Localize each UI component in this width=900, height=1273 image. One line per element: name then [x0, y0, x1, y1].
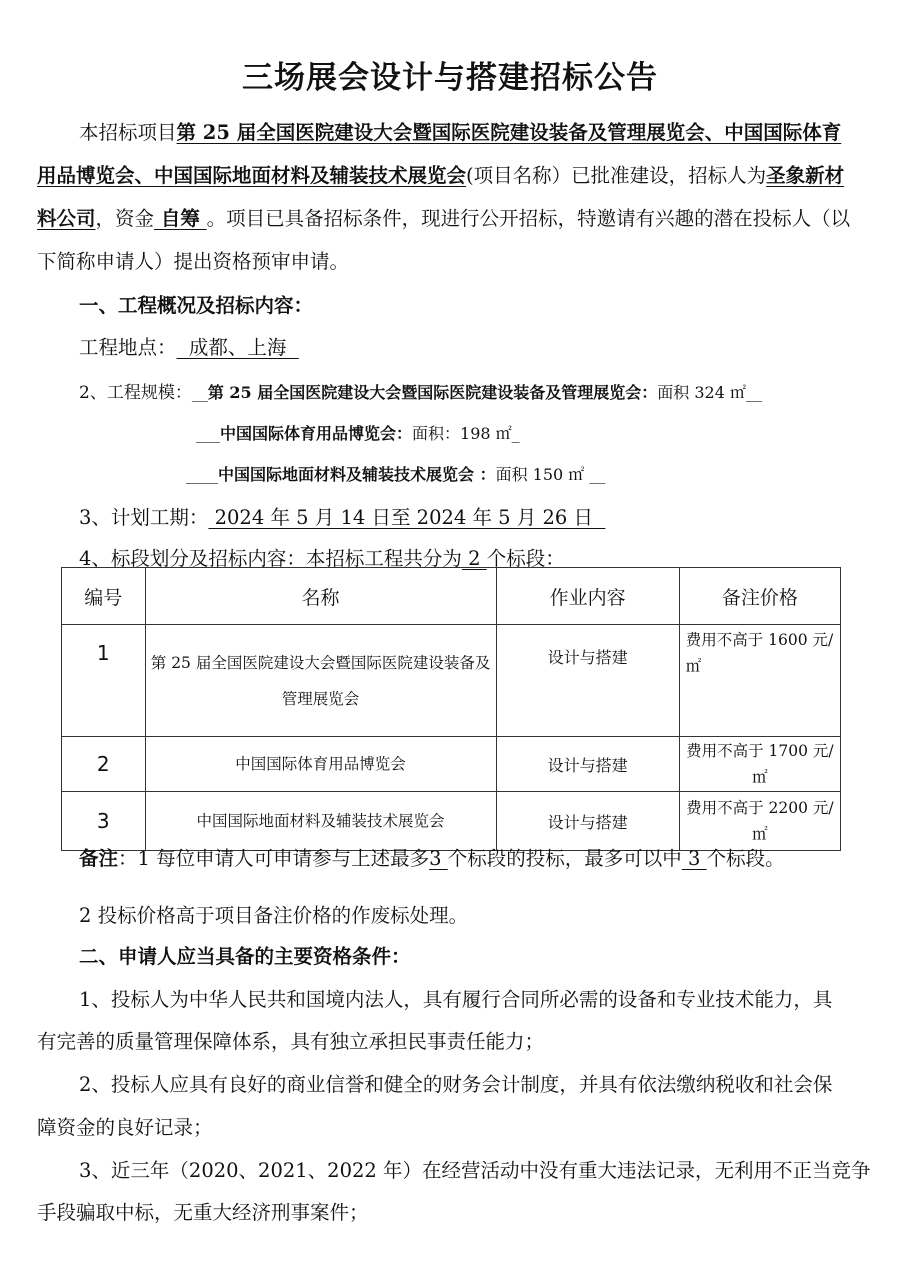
scale-row-2: ___中国国际体育用品博览会：面积：198 ㎡_	[196, 421, 520, 444]
project-name: 第 25 届全国医院建设大会暨国际医院建设装备及管理展览会、中国国际体育	[177, 121, 842, 144]
project-name-cont: 用品博览会、中国国际地面材料及辅装技术展览会	[37, 164, 466, 187]
period-value: 2024 年 5 月 14 日至 2024 年 5 月 26 日	[208, 506, 605, 529]
note-2: 2 投标价格高于项目备注价格的作废标处理。	[79, 900, 468, 928]
header-price: 备注价格	[679, 568, 840, 625]
section2-heading: 二、申请人应当具备的主要资格条件：	[79, 941, 411, 969]
intro-line-4: 下简称申请人）提出资格预审申请。	[37, 246, 349, 274]
header-no: 编号	[62, 568, 146, 625]
qualification-3-line2: 手段骗取中标，无重大经济刑事案件；	[37, 1197, 369, 1225]
intro-line-1: 本招标项目第 25 届全国医院建设大会暨国际医院建设装备及管理展览会、中国国际体…	[79, 117, 841, 145]
qualification-2-line1: 2、投标人应具有良好的商业信誉和健全的财务会计制度，并具有依法缴纳税收和社会保	[79, 1069, 832, 1097]
funds-source: 自筹	[154, 207, 207, 230]
qualification-2-line2: 障资金的良好记录；	[37, 1112, 213, 1140]
intro-line-3: 料公司，资金 自筹 。项目已具备招标条件，现进行公开招标，特邀请有兴趣的潜在投标…	[37, 203, 850, 231]
qualification-3-line1: 3、近三年（2020、2021、2022 年）在经营活动中没有重大违法记录，无利…	[79, 1155, 870, 1183]
scale-row-3: ____中国国际地面材料及辅装技术展览会 ：面积 150 ㎡ __	[186, 462, 605, 485]
section1-heading: 一、工程概况及招标内容：	[79, 290, 313, 318]
document-page: 三场展会设计与搭建招标公告 本招标项目第 25 届全国医院建设大会暨国际医院建设…	[0, 0, 900, 1273]
qualification-1-line2: 有完善的质量管理保障体系，具有独立承担民事责任能力；	[37, 1026, 544, 1054]
bid-sections-table: 编号 名称 作业内容 备注价格 1 第 25 届全国医院建设大会暨国际医院建设装…	[61, 567, 841, 851]
document-title: 三场展会设计与搭建招标公告	[0, 52, 900, 97]
table-header-row: 编号 名称 作业内容 备注价格	[62, 568, 841, 625]
header-name: 名称	[145, 568, 496, 625]
location-row: 工程地点： 成都、上海	[79, 332, 299, 360]
location-value: 成都、上海	[177, 336, 299, 359]
table-row: 3 中国国际地面材料及辅装技术展览会 设计与搭建 费用不高于 2200 元/㎡	[62, 792, 841, 851]
tenderer-name: 圣象新材	[766, 164, 844, 187]
note-1: 备注：1 每位申请人可申请参与上述最多3 个标段的投标，最多可以中 3 个标段。	[79, 843, 785, 871]
tenderer-name-cont: 料公司	[37, 207, 96, 230]
scale-row-1: 2、工程规模：__第 25 届全国医院建设大会暨国际医院建设装备及管理展览会：面…	[79, 378, 762, 403]
table-row: 1 第 25 届全国医院建设大会暨国际医院建设装备及管理展览会 设计与搭建 费用…	[62, 625, 841, 737]
intro-line-2: 用品博览会、中国国际地面材料及辅装技术展览会(项目名称）已批准建设，招标人为圣象…	[37, 160, 844, 188]
table-row: 2 中国国际体育用品博览会 设计与搭建 费用不高于 1700 元/㎡	[62, 737, 841, 792]
header-work: 作业内容	[496, 568, 679, 625]
period-row: 3、计划工期： 2024 年 5 月 14 日至 2024 年 5 月 26 日	[79, 502, 605, 530]
qualification-1-line1: 1、投标人为中华人民共和国境内法人，具有履行合同所必需的设备和专业技术能力，具	[79, 984, 832, 1012]
note-label: 备注	[79, 847, 118, 870]
